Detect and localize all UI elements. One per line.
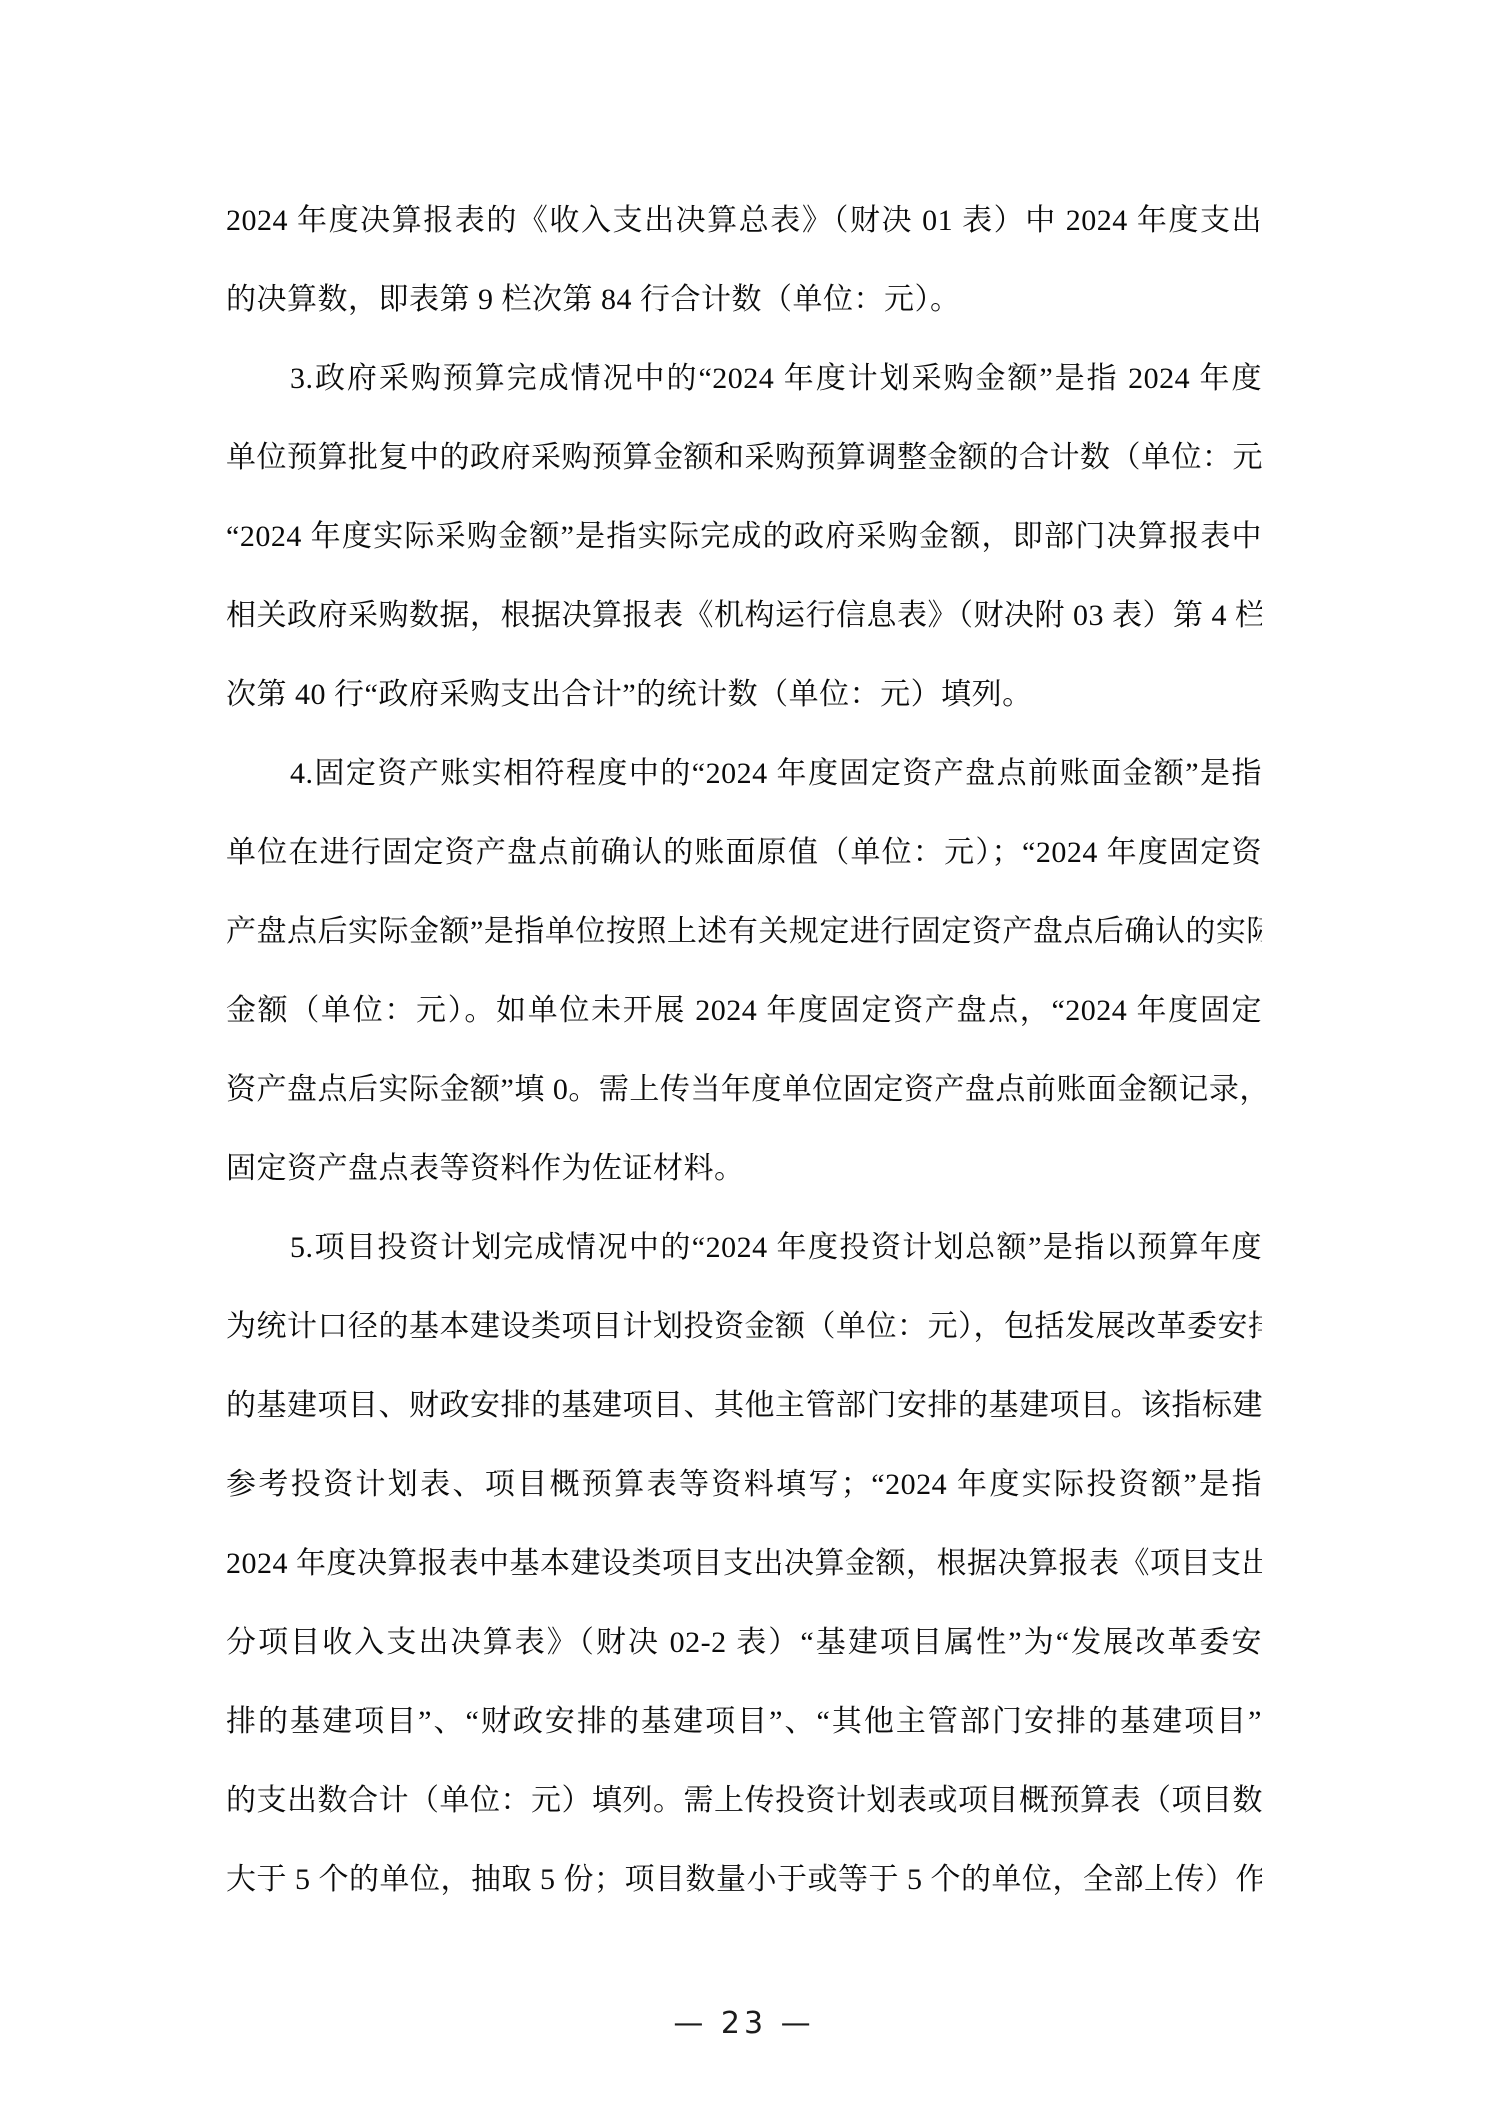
text-line: 参考投资计划表、项目概预算表等资料填写；“2024 年度实际投资额”是指: [226, 1445, 1262, 1524]
text-line: 固定资产盘点表等资料作为佐证材料。: [226, 1129, 1262, 1208]
text-line: 5.项目投资计划完成情况中的“2024 年度投资计划总额”是指以预算年度: [226, 1208, 1262, 1287]
text-line: 2024 年度决算报表中基本建设类项目支出决算金额，根据决算报表《项目支出: [226, 1524, 1262, 1603]
page-number: — 23 —: [673, 2006, 814, 2041]
document-body: 2024 年度决算报表的《收入支出决算总表》（财决 01 表）中 2024 年度…: [226, 181, 1262, 1919]
text-line: “2024 年度实际采购金额”是指实际完成的政府采购金额，即部门决算报表中: [226, 497, 1262, 576]
text-line: 金额（单位：元）。如单位未开展 2024 年度固定资产盘点，“2024 年度固定: [226, 971, 1262, 1050]
text-line: 产盘点后实际金额”是指单位按照上述有关规定进行固定资产盘点后确认的实际: [226, 892, 1262, 971]
text-line: 大于 5 个的单位，抽取 5 份；项目数量小于或等于 5 个的单位，全部上传）作: [226, 1840, 1262, 1919]
text-line: 2024 年度决算报表的《收入支出决算总表》（财决 01 表）中 2024 年度…: [226, 181, 1262, 260]
text-line: 的决算数，即表第 9 栏次第 84 行合计数（单位：元）。: [226, 260, 1262, 339]
page-footer: — 23 —: [0, 2006, 1488, 2041]
text-line: 资产盘点后实际金额”填 0。需上传当年度单位固定资产盘点前账面金额记录，: [226, 1050, 1262, 1129]
text-line: 的基建项目、财政安排的基建项目、其他主管部门安排的基建项目。该指标建议: [226, 1366, 1262, 1445]
text-line: 3.政府采购预算完成情况中的“2024 年度计划采购金额”是指 2024 年度: [226, 339, 1262, 418]
text-line: 单位在进行固定资产盘点前确认的账面原值（单位：元）；“2024 年度固定资: [226, 813, 1262, 892]
text-line: 次第 40 行“政府采购支出合计”的统计数（单位：元）填列。: [226, 655, 1262, 734]
text-line: 4.固定资产账实相符程度中的“2024 年度固定资产盘点前账面金额”是指: [226, 734, 1262, 813]
text-line: 排的基建项目”、“财政安排的基建项目”、“其他主管部门安排的基建项目”: [226, 1682, 1262, 1761]
document-page: 2024 年度决算报表的《收入支出决算总表》（财决 01 表）中 2024 年度…: [0, 0, 1488, 2104]
text-line: 的支出数合计（单位：元）填列。需上传投资计划表或项目概预算表（项目数量: [226, 1761, 1262, 1840]
text-line: 为统计口径的基本建设类项目计划投资金额（单位：元），包括发展改革委安排: [226, 1287, 1262, 1366]
text-line: 相关政府采购数据，根据决算报表《机构运行信息表》（财决附 03 表）第 4 栏: [226, 576, 1262, 655]
text-line: 单位预算批复中的政府采购预算金额和采购预算调整金额的合计数（单位：元）;: [226, 418, 1262, 497]
text-line: 分项目收入支出决算表》（财决 02-2 表）“基建项目属性”为“发展改革委安: [226, 1603, 1262, 1682]
